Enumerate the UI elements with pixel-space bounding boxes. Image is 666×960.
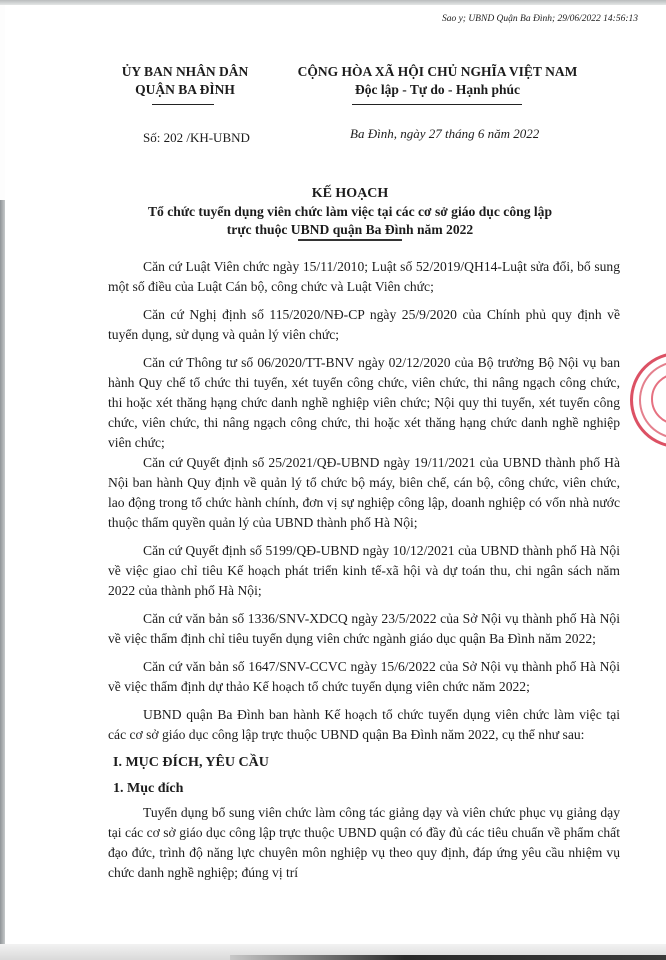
title-underline	[298, 239, 402, 241]
org-line-1: ỦY BAN NHÂN DÂN	[100, 63, 270, 81]
seal-inner-ring	[651, 373, 666, 425]
paragraph-intro: UBND quận Ba Đình ban hành Kế hoạch tổ c…	[108, 705, 620, 745]
paragraph-legal-basis: Căn cứ Quyết định số 5199/QĐ-UBND ngày 1…	[108, 541, 620, 601]
nation-line-2: Độc lập - Tự do - Hạnh phúc	[270, 81, 605, 99]
paragraph-legal-basis: Căn cứ Thông tư số 06/2020/TT-BNV ngày 0…	[108, 353, 620, 453]
org-line-2: QUẬN BA ĐÌNH	[100, 81, 270, 99]
section-paragraph: Tuyển dụng bổ sung viên chức làm công tá…	[108, 803, 620, 883]
copy-certification-stamp: Sao y; UBND Quận Ba Đình; 29/06/2022 14:…	[442, 14, 638, 24]
document-title: KẾ HOẠCH Tổ chức tuyển dụng viên chức là…	[100, 185, 600, 239]
paragraph-legal-basis: Căn cứ Quyết định số 25/2021/QĐ-UBND ngà…	[108, 453, 620, 533]
document-body: Căn cứ Luật Viên chức ngày 15/11/2010; L…	[108, 257, 620, 891]
title-main: KẾ HOẠCH	[100, 185, 600, 203]
paragraph-legal-basis: Căn cứ Luật Viên chức ngày 15/11/2010; L…	[108, 257, 620, 297]
title-sub-line-2: trực thuộc UBND quận Ba Đình năm 2022	[100, 221, 600, 239]
photo-bottom-shadow	[230, 955, 666, 960]
section-heading: I. MỤC ĐÍCH, YÊU CẦU	[113, 753, 620, 773]
paragraph-legal-basis: Căn cứ văn bản số 1336/SNV-XDCQ ngày 23/…	[108, 609, 620, 649]
paragraph-legal-basis: Căn cứ văn bản số 1647/SNV-CCVC ngày 15/…	[108, 657, 620, 697]
nation-line-1: CỘNG HÒA XÃ HỘI CHỦ NGHĨA VIỆT NAM	[270, 63, 605, 81]
title-sub-line-1: Tổ chức tuyển dụng viên chức làm việc tạ…	[100, 203, 600, 221]
document-number: Số: 202 /KH-UBND	[143, 130, 250, 146]
paragraph-legal-basis: Căn cứ Nghị định số 115/2020/NĐ-CP ngày …	[108, 305, 620, 345]
subsection-heading: 1. Mục đích	[113, 779, 620, 799]
issuing-organization: ỦY BAN NHÂN DÂN QUẬN BA ĐÌNH	[100, 63, 270, 99]
org-underline	[152, 104, 214, 105]
place-and-date: Ba Đình, ngày 27 tháng 6 năm 2022	[350, 126, 539, 142]
motto-underline	[352, 104, 522, 105]
national-motto: CỘNG HÒA XÃ HỘI CHỦ NGHĨA VIỆT NAM Độc l…	[270, 63, 605, 99]
